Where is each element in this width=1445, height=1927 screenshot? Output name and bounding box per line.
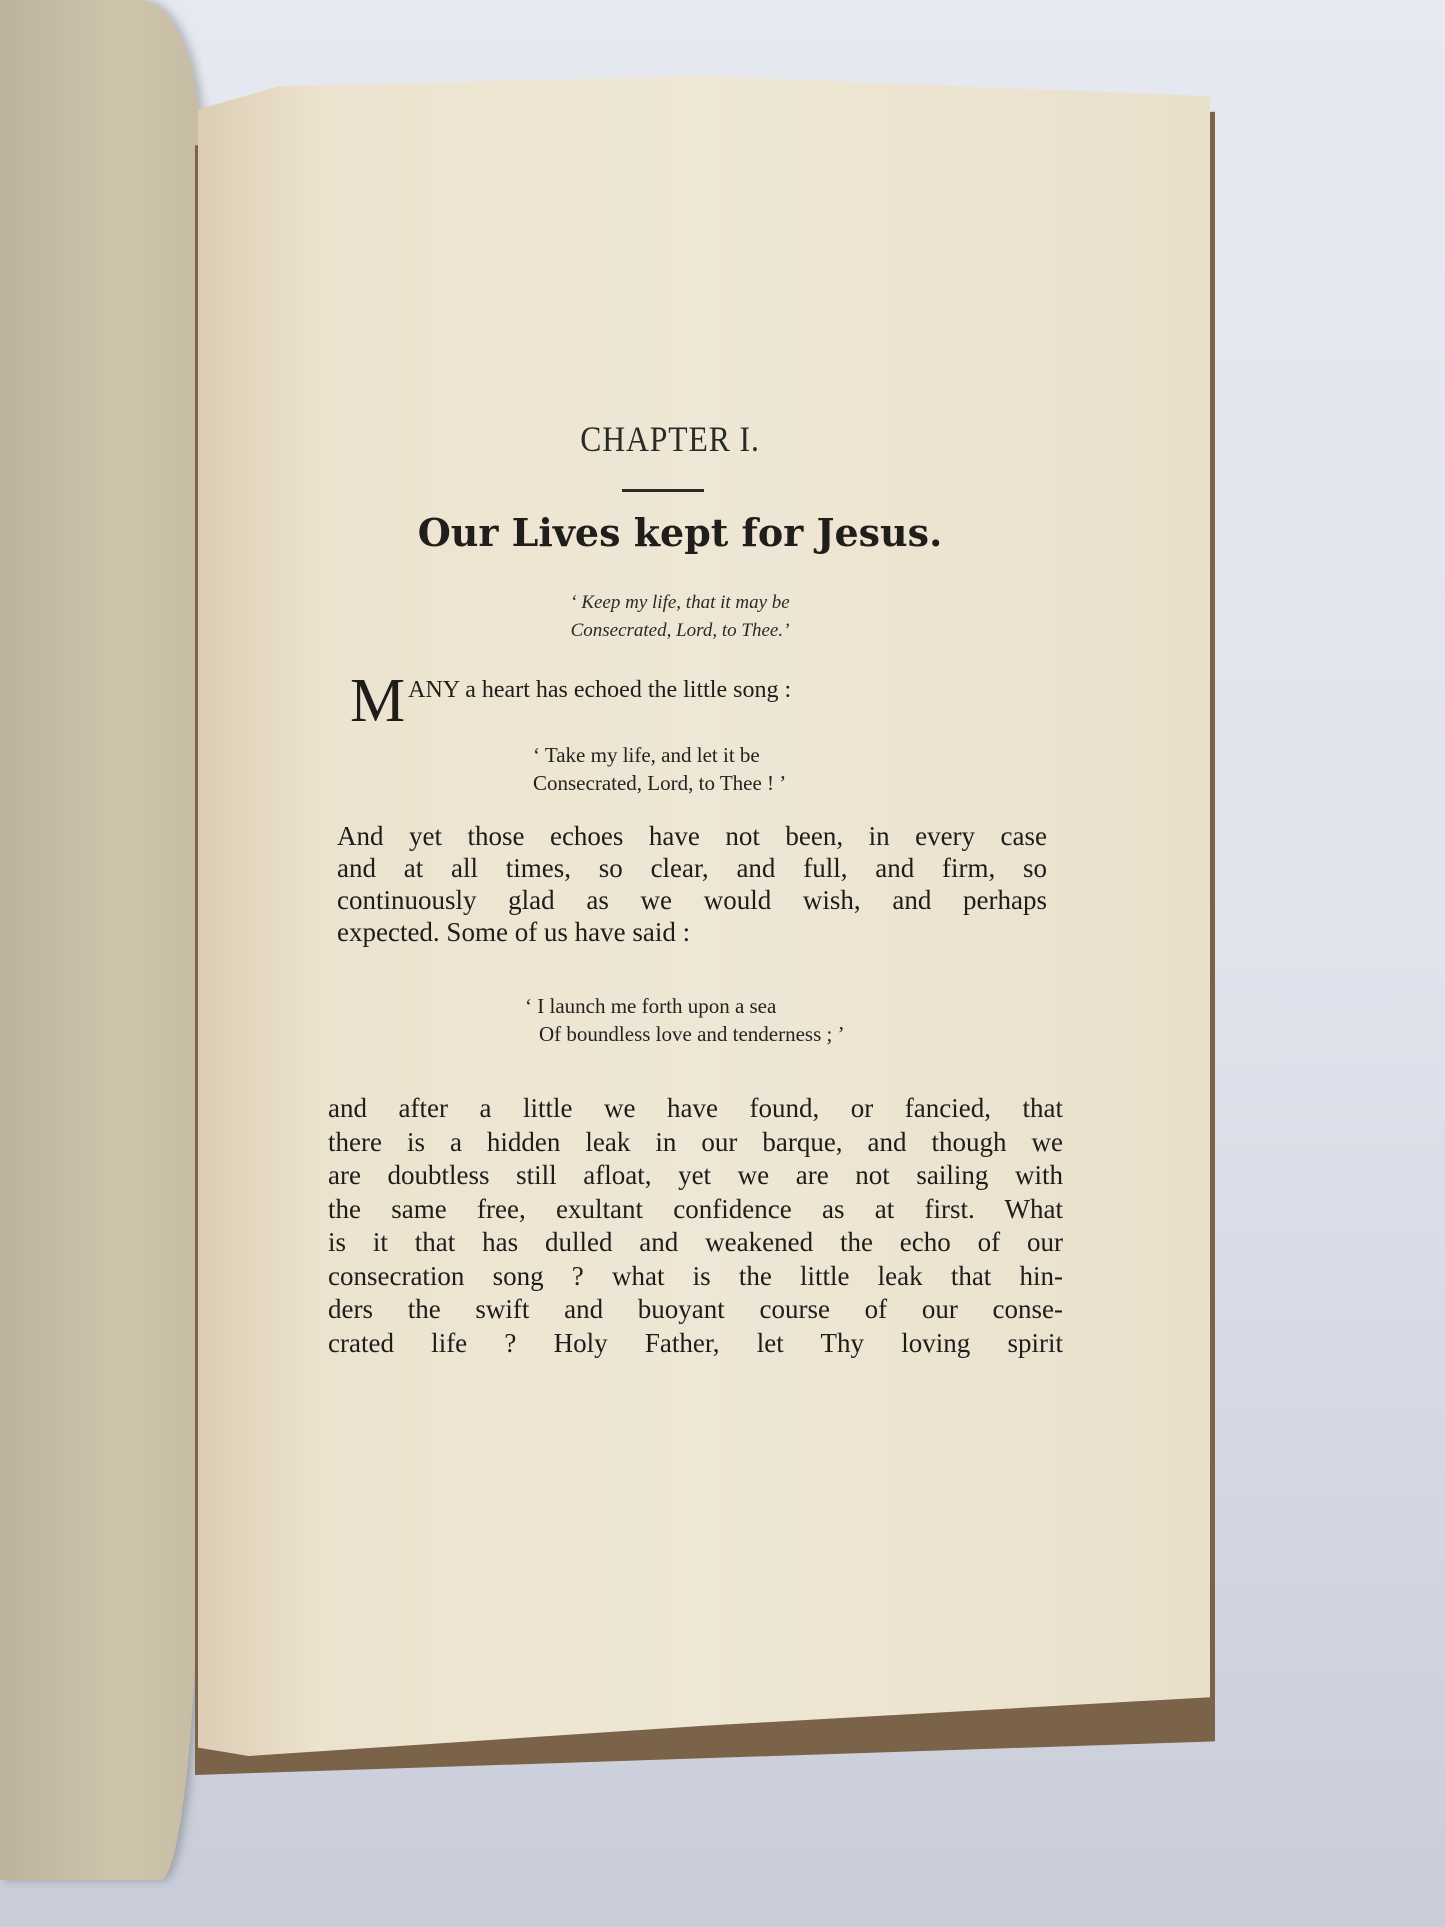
paragraph-line: there is a hidden leak in our barque, an… [328, 1126, 1063, 1160]
paragraph-line: consecration song ? what is the little l… [328, 1260, 1063, 1294]
chapter-title: Our Lives kept for Jesus. [380, 510, 980, 555]
paragraph-line: continuously glad as we would wish, and … [337, 884, 1047, 916]
first-line-text: ANY a heart has echoed the little song : [408, 677, 791, 703]
paragraph-line: and at all times, so clear, and full, an… [337, 852, 1047, 884]
paragraph-1: And yet those echoes have not been, in e… [337, 820, 1047, 948]
quote-line: Consecrated, Lord, to Thee ! ’ [533, 769, 786, 797]
quote-line: Of boundless love and tenderness ; ’ [525, 1020, 845, 1048]
opening-line: M ANY a heart has echoed the little song… [350, 672, 1050, 726]
drop-cap: M [350, 676, 405, 726]
chapter-divider [622, 489, 704, 492]
quote-take-my-life: ‘ Take my life, and let it be Consecrate… [533, 741, 786, 797]
epigraph: ‘ Keep my life, that it may be Consecrat… [480, 589, 880, 645]
paragraph-line: and after a little we have found, or fan… [328, 1092, 1063, 1126]
paragraph-line: And yet those echoes have not been, in e… [337, 820, 1047, 852]
paragraph-2: and after a little we have found, or fan… [328, 1092, 1063, 1360]
paragraph-line: are doubtless still afloat, yet we are n… [328, 1159, 1063, 1193]
quote-line: ‘ Take my life, and let it be [533, 741, 786, 769]
paragraph-line: is it that has dulled and weakened the e… [328, 1226, 1063, 1260]
chapter-heading: CHAPTER I. [476, 418, 863, 460]
left-page [0, 0, 200, 1880]
epigraph-line: ‘ Keep my life, that it may be [480, 589, 880, 617]
paragraph-line: ders the swift and buoyant course of our… [328, 1293, 1063, 1327]
quote-launch-me-forth: ‘ I launch me forth upon a sea Of boundl… [525, 992, 845, 1048]
paragraph-line: the same free, exultant confidence as at… [328, 1193, 1063, 1227]
paragraph-line: crated life ? Holy Father, let Thy lovin… [328, 1327, 1063, 1361]
quote-line: ‘ I launch me forth upon a sea [525, 992, 845, 1020]
paragraph-line: expected. Some of us have said : [337, 916, 1047, 948]
epigraph-line: Consecrated, Lord, to Thee.’ [480, 617, 880, 645]
